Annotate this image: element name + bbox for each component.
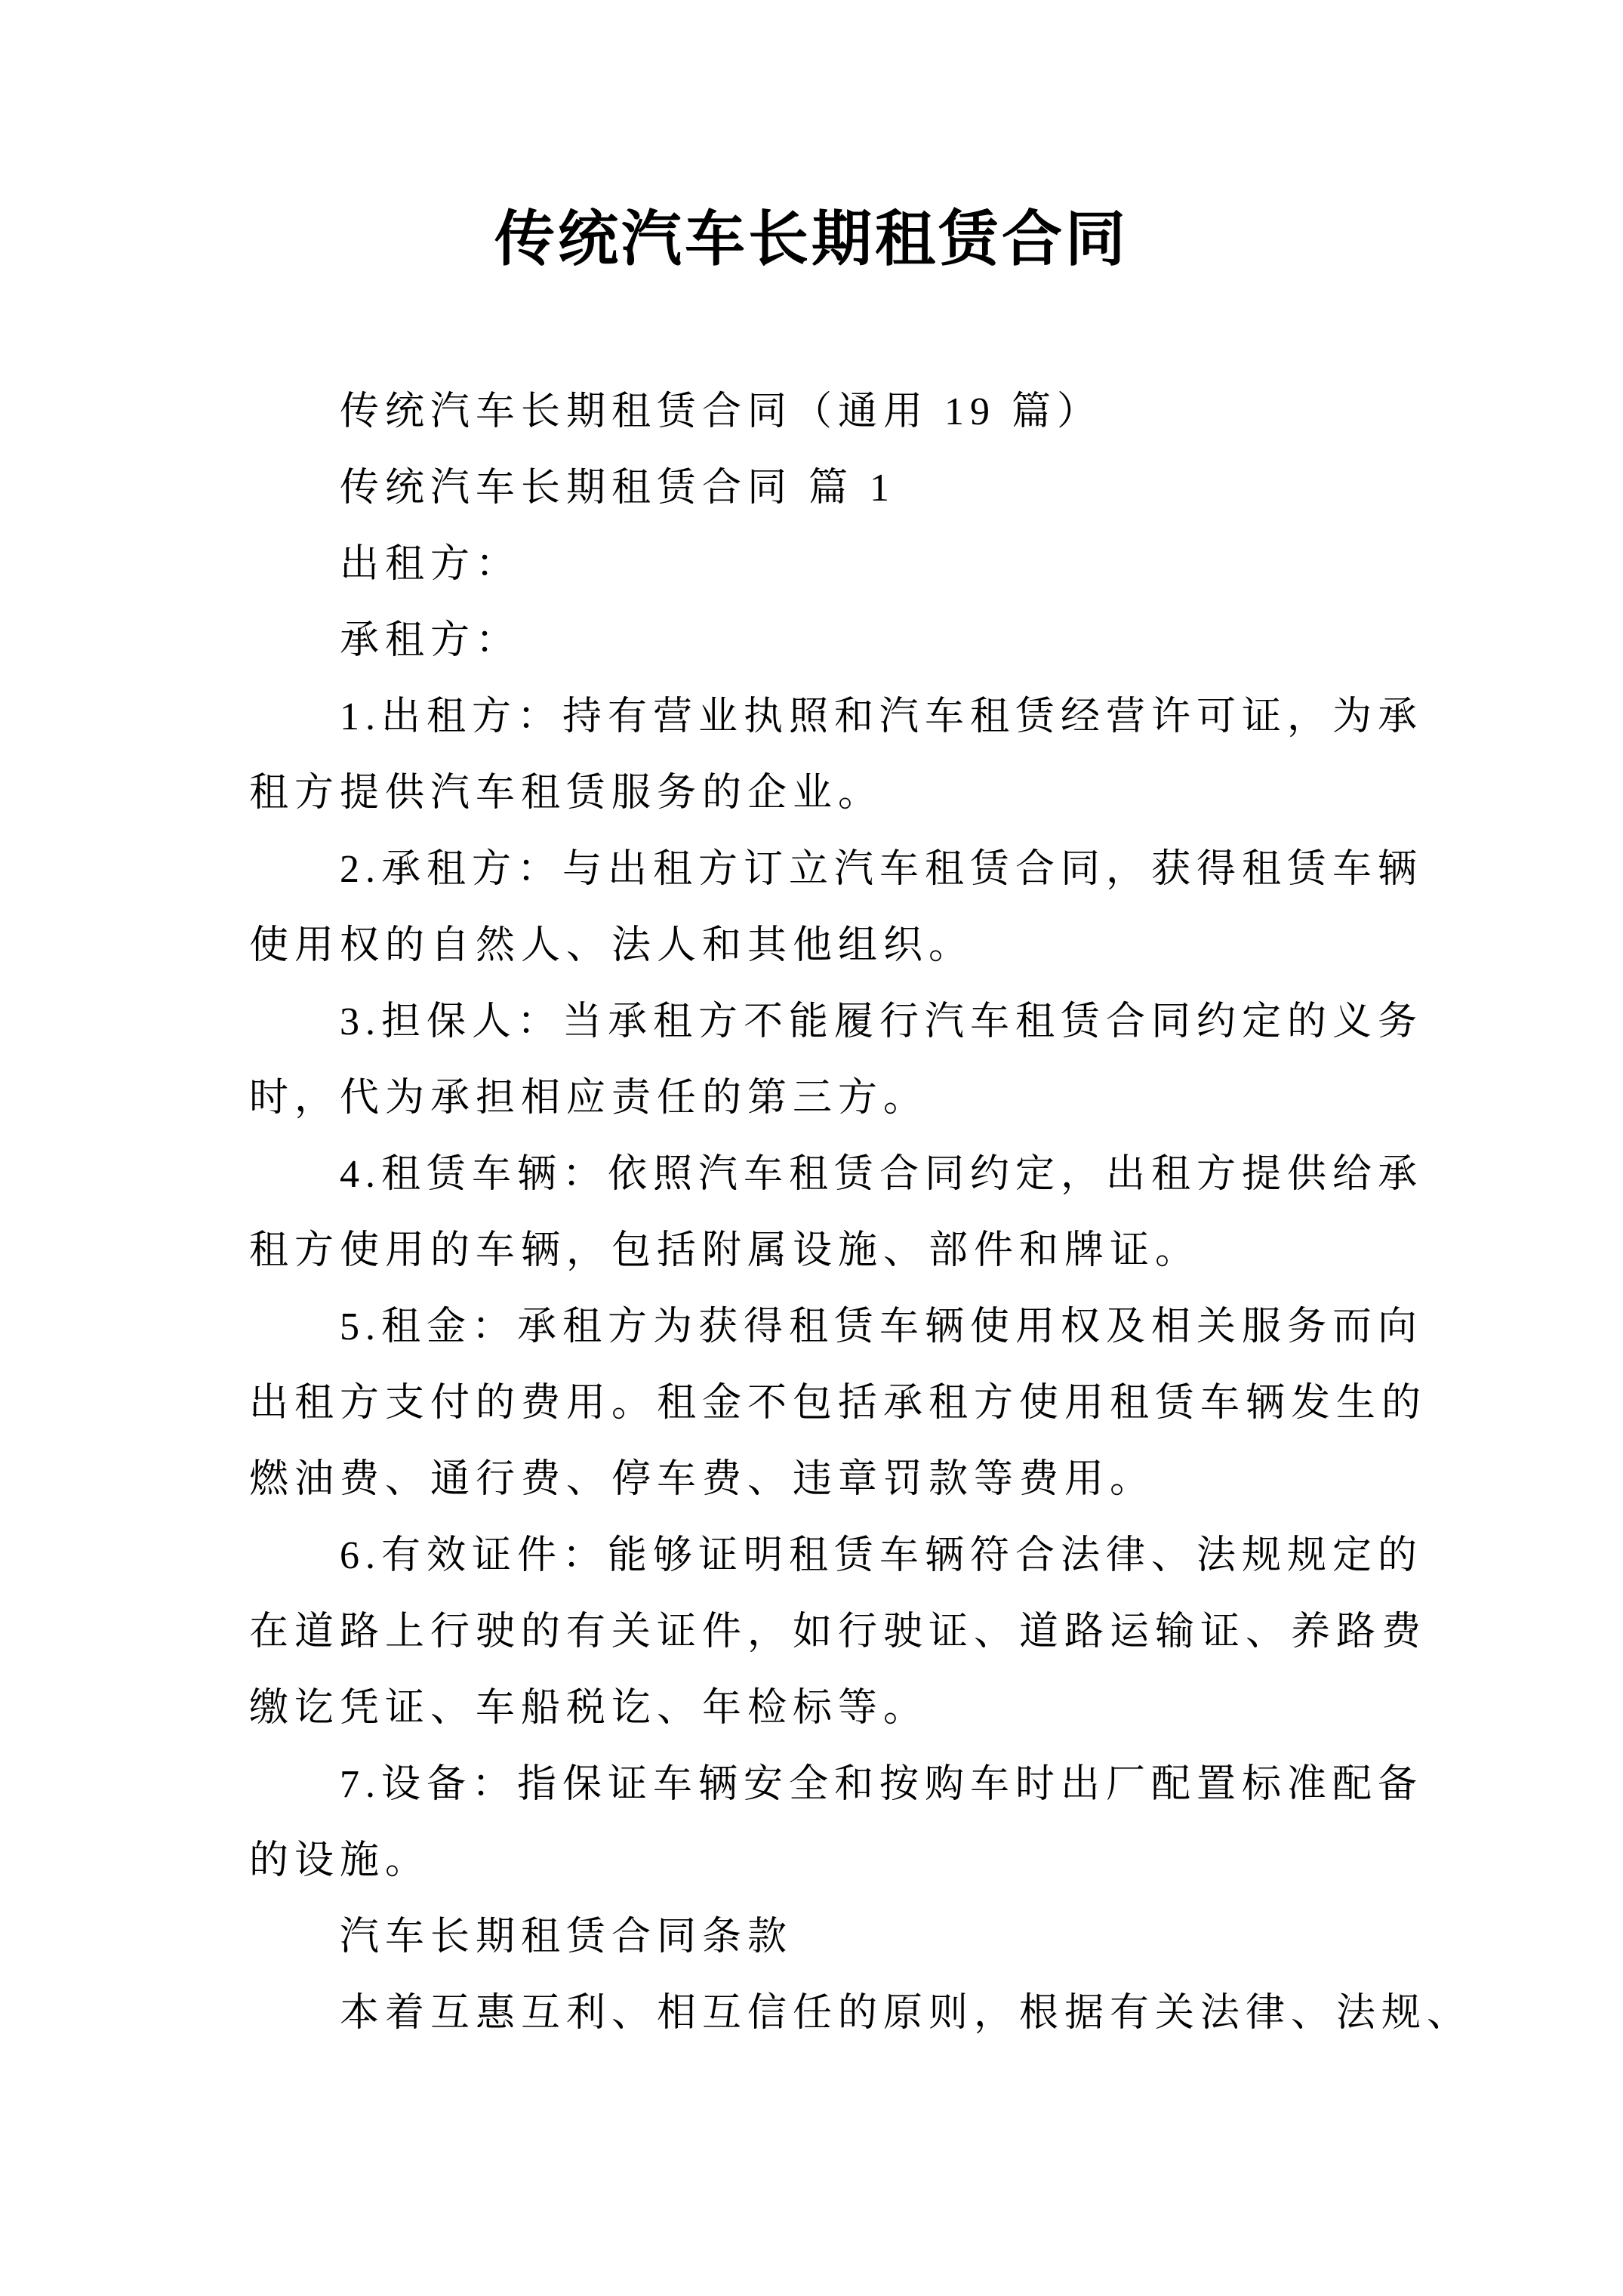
text-line: 4.租赁车辆：依照汽车租赁合同约定，出租方提供给承 [249, 1136, 1412, 1213]
text-line: 出租方支付的费用。租金不包括承租方使用租赁车辆发生的 [249, 1365, 1412, 1441]
text-line: 2.承租方：与出租方订立汽车租赁合同，获得租赁车辆 [249, 831, 1412, 908]
document-body: 传统汽车长期租赁合同（通用 19 篇） 传统汽车长期租赁合同 篇 1 出租方： … [0, 374, 1623, 2051]
text-line: 时，代为承担相应责任的第三方。 [249, 1060, 1412, 1136]
text-line: 出租方： [249, 526, 1412, 603]
text-line: 本着互惠互利、相互信任的原则，根据有关法律、法规、 [249, 1975, 1412, 2051]
text-line: 承租方： [249, 603, 1412, 679]
text-line: 传统汽车长期租赁合同（通用 19 篇） [249, 374, 1412, 450]
text-line: 租方提供汽车租赁服务的企业。 [249, 755, 1412, 831]
text-line: 缴讫凭证、车船税讫、年检标等。 [249, 1670, 1412, 1746]
text-line: 汽车长期租赁合同条款 [249, 1899, 1412, 1975]
text-line: 3.担保人：当承租方不能履行汽车租赁合同约定的义务 [249, 984, 1412, 1060]
text-line: 燃油费、通行费、停车费、违章罚款等费用。 [249, 1441, 1412, 1518]
text-line: 使用权的自然人、法人和其他组织。 [249, 908, 1412, 984]
text-line: 在道路上行驶的有关证件，如行驶证、道路运输证、养路费 [249, 1594, 1412, 1670]
text-line: 7.设备：指保证车辆安全和按购车时出厂配置标准配备 [249, 1746, 1412, 1823]
document-title: 传统汽车长期租赁合同 [0, 0, 1623, 278]
text-line: 6.有效证件：能够证明租赁车辆符合法律、法规规定的 [249, 1518, 1412, 1594]
text-line: 传统汽车长期租赁合同 篇 1 [249, 450, 1412, 526]
text-line: 1.出租方：持有营业执照和汽车租赁经营许可证，为承 [249, 679, 1412, 755]
text-line: 5.租金：承租方为获得租赁车辆使用权及相关服务而向 [249, 1289, 1412, 1365]
document-page: 传统汽车长期租赁合同 传统汽车长期租赁合同（通用 19 篇） 传统汽车长期租赁合… [0, 0, 1623, 2296]
text-line: 的设施。 [249, 1823, 1412, 1899]
text-line: 租方使用的车辆，包括附属设施、部件和牌证。 [249, 1213, 1412, 1289]
